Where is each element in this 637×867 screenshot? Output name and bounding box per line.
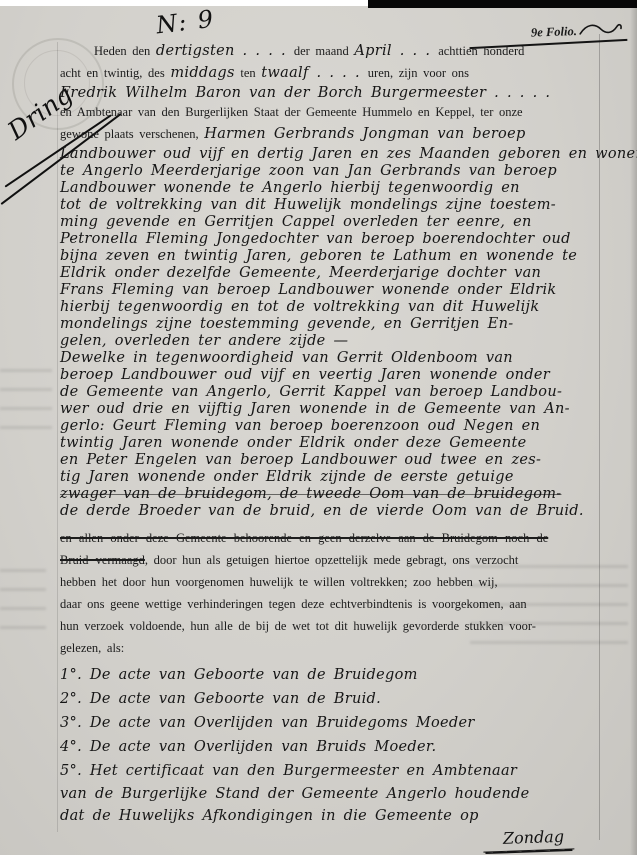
document-line: de derde Broeder van de bruid, en de vie…	[60, 502, 612, 519]
handwritten-text-segment: zwager van de bruidegom, de tweede Oom v…	[60, 486, 561, 502]
handwritten-text-segment: tot de voltrekking van dit Huwelijk mond…	[60, 197, 556, 213]
document-line: Zondag	[60, 827, 612, 849]
document-line: Fredrik Wilhelm Baron van der Borch Burg…	[60, 84, 612, 101]
handwritten-text-segment: middags	[170, 65, 234, 81]
document-line: Eldrik onder dezelfde Gemeente, Meerderj…	[60, 264, 612, 281]
document-line: bijna zeven en twintig Jaren, geboren te…	[60, 247, 612, 264]
handwritten-text-segment: 5°. Het certificaat van den Burgermeeste…	[60, 763, 517, 779]
printed-text-segment: daar ons geene wettige verhinderingen te…	[60, 597, 527, 611]
document-line: 1°. De acte van Geboorte van de Bruidego…	[60, 663, 612, 687]
document-line: beroep Landbouwer oud vijf en veertig Ja…	[60, 366, 612, 383]
document-line: Dewelke in tegenwoordigheid van Gerrit O…	[60, 349, 612, 366]
document-line: acht en twintig, des middags ten twaalf …	[60, 62, 612, 84]
document-line: zwager van de bruidegom, de tweede Oom v…	[60, 485, 612, 502]
handwritten-text-segment: beroep Landbouwer oud vijf en veertig Ja…	[60, 367, 550, 383]
document-line: van de Burgerlijke Stand der Gemeente An…	[60, 783, 612, 805]
handwritten-text-segment: 4°. De acte van Overlijden van Bruids Mo…	[60, 739, 436, 755]
handwritten-text-segment: tig Jaren wonende onder Eldrik zijnde de…	[60, 469, 514, 485]
document-line: hebben het door hun voorgenomen huwelijk…	[60, 571, 612, 593]
printed-text-segment: uren, zijn voor ons	[368, 66, 469, 80]
handwritten-text-segment: wer oud drie en vijftig Jaren wonende in…	[60, 401, 570, 417]
document-line: daar ons geene wettige verhinderingen te…	[60, 593, 612, 615]
handwritten-text-segment: Dewelke in tegenwoordigheid van Gerrit O…	[60, 350, 513, 366]
printed-text-segment: , door hun als getuigen hiertoe opzettel…	[145, 553, 519, 567]
printed-text-segment: der maand	[294, 44, 355, 58]
document-lines: Heden den dertigsten . . . . der maand A…	[60, 40, 612, 849]
handwritten-text-segment: April . . .	[354, 43, 438, 59]
printed-text-segment: Heden den	[94, 44, 156, 58]
document-line: Bruid vermaagd, door hun als getuigen hi…	[60, 549, 612, 571]
printed-text-segment: achttien honderd	[438, 44, 524, 58]
document-line: tot de voltrekking van dit Huwelijk mond…	[60, 196, 612, 213]
handwritten-text-segment: hierbij tegenwoordig en tot de voltrekki…	[60, 299, 539, 315]
scanned-page: N: 9 9e Folio. Dring Heden den dertigste…	[0, 0, 637, 867]
document-line: 4°. De acte van Overlijden van Bruids Mo…	[60, 735, 612, 759]
folio-label: 9e Folio.	[531, 24, 577, 40]
document-line: gelezen, als:	[60, 637, 612, 659]
handwritten-text-segment: de derde Broeder van de bruid, en de vie…	[60, 503, 584, 519]
handwritten-text-segment: twintig Jaren wonende onder Eldrik onder…	[60, 435, 527, 451]
printed-text-segment: ten	[235, 66, 262, 80]
document-line: en Ambtenaar van den Burgerlijken Staat …	[60, 101, 612, 123]
handwritten-text-segment: Eldrik onder dezelfde Gemeente, Meerderj…	[60, 265, 541, 281]
document-line: Landbouwer wonende te Angerlo hierbij te…	[60, 179, 612, 196]
handwritten-text-segment: van de Burgerlijke Stand der Gemeente An…	[60, 786, 529, 802]
printed-text-segment: gewone plaats verschenen,	[60, 127, 204, 141]
document-line: gerlo: Geurt Fleming van beroep boerenzo…	[60, 417, 612, 434]
document-line: Heden den dertigsten . . . . der maand A…	[60, 40, 612, 62]
handwritten-text-segment: Fredrik Wilhelm Baron van der Borch Burg…	[60, 85, 550, 101]
document-line: ming gevende en Gerritjen Cappel overled…	[60, 213, 612, 230]
handwritten-text-segment: Landbouwer oud vijf en dertig Jaren en z…	[60, 146, 637, 162]
handwritten-text-segment: twaalf . . . .	[261, 65, 368, 81]
document-line: Petronella Fleming Jongedochter van bero…	[60, 230, 612, 247]
printed-text-segment: gelezen, als:	[60, 641, 124, 655]
document-line: 5°. Het certificaat van den Burgermeeste…	[60, 759, 612, 783]
ink-bleedthrough	[0, 360, 52, 438]
handwritten-text-segment: te Angerlo Meerderjarige zoon van Jan Ge…	[60, 163, 557, 179]
document-line: gewone plaats verschenen, Harmen Gerbran…	[60, 123, 612, 145]
printed-text-segment: acht en twintig, des	[60, 66, 170, 80]
document-line: dat de Huwelijks Afkondigingen in die Ge…	[60, 805, 612, 827]
handwritten-text-segment: ming gevende en Gerritjen Cappel overled…	[60, 214, 532, 230]
document-line: en Peter Engelen van beroep Landbouwer o…	[60, 451, 612, 468]
printed-text-segment: Bruid vermaagd	[60, 553, 145, 567]
handwritten-text-segment: Frans Fleming van beroep Landbouwer wone…	[60, 282, 556, 298]
folio-header: 9e Folio.	[531, 20, 623, 41]
folio-flourish-icon	[579, 20, 624, 38]
printed-text-segment: en allen onder deze Gemeente behoorende …	[60, 531, 548, 545]
handwritten-text-segment: 2°. De acte van Geboorte van de Bruid.	[60, 691, 381, 707]
handwritten-text-segment: en Peter Engelen van beroep Landbouwer o…	[60, 452, 541, 468]
handwritten-text-segment: 3°. De acte van Overlijden van Bruidegom…	[60, 715, 475, 731]
page-right-edge-shadow	[630, 6, 637, 855]
handwritten-text-segment: 1°. De acte van Geboorte van de Bruidego…	[60, 667, 418, 683]
handwritten-text-segment: Zondag	[483, 825, 575, 852]
document-line: wer oud drie en vijftig Jaren wonende in…	[60, 400, 612, 417]
handwritten-text-segment: Landbouwer wonende te Angerlo hierbij te…	[60, 180, 520, 196]
handwritten-text-segment: Harmen Gerbrands Jongman van beroep	[204, 126, 525, 142]
document-line: gelen, overleden ter andere zijde —	[60, 332, 612, 349]
document-line: Frans Fleming van beroep Landbouwer wone…	[60, 281, 612, 298]
printed-text-segment: hun verzoek voldoende, hun alle de bij d…	[60, 619, 536, 633]
handwritten-text-segment: dat de Huwelijks Afkondigingen in die Ge…	[60, 808, 479, 824]
printed-text-segment: en Ambtenaar van den Burgerlijken Staat …	[60, 105, 523, 119]
document-line: hierbij tegenwoordig en tot de voltrekki…	[60, 298, 612, 315]
document-line: mondelings zijne toestemming gevende, en…	[60, 315, 612, 332]
scan-edge-bar	[368, 0, 637, 8]
handwritten-text-segment: bijna zeven en twintig Jaren, geboren te…	[60, 248, 577, 264]
document-line: te Angerlo Meerderjarige zoon van Jan Ge…	[60, 162, 612, 179]
document-line: twintig Jaren wonende onder Eldrik onder…	[60, 434, 612, 451]
handwritten-text-segment: de Gemeente van Angerlo, Gerrit Kappel v…	[60, 384, 562, 400]
handwritten-text-segment: Petronella Fleming Jongedochter van bero…	[60, 231, 571, 247]
document-line: de Gemeente van Angerlo, Gerrit Kappel v…	[60, 383, 612, 400]
document-line: Landbouwer oud vijf en dertig Jaren en z…	[60, 145, 612, 162]
ink-bleedthrough	[0, 560, 46, 640]
handwritten-text-segment: gerlo: Geurt Fleming van beroep boerenzo…	[60, 418, 540, 434]
document-line: hun verzoek voldoende, hun alle de bij d…	[60, 615, 612, 637]
handwritten-text-segment: dertigsten . . . .	[156, 43, 294, 59]
document-line: en allen onder deze Gemeente behoorende …	[60, 527, 612, 549]
document-line: 3°. De acte van Overlijden van Bruidegom…	[60, 711, 612, 735]
handwritten-text-segment: mondelings zijne toestemming gevende, en…	[60, 316, 513, 332]
printed-text-segment: hebben het door hun voorgenomen huwelijk…	[60, 575, 498, 589]
handwritten-text-segment: gelen, overleden ter andere zijde —	[60, 333, 348, 349]
document-line: 2°. De acte van Geboorte van de Bruid.	[60, 687, 612, 711]
document-line: tig Jaren wonende onder Eldrik zijnde de…	[60, 468, 612, 485]
